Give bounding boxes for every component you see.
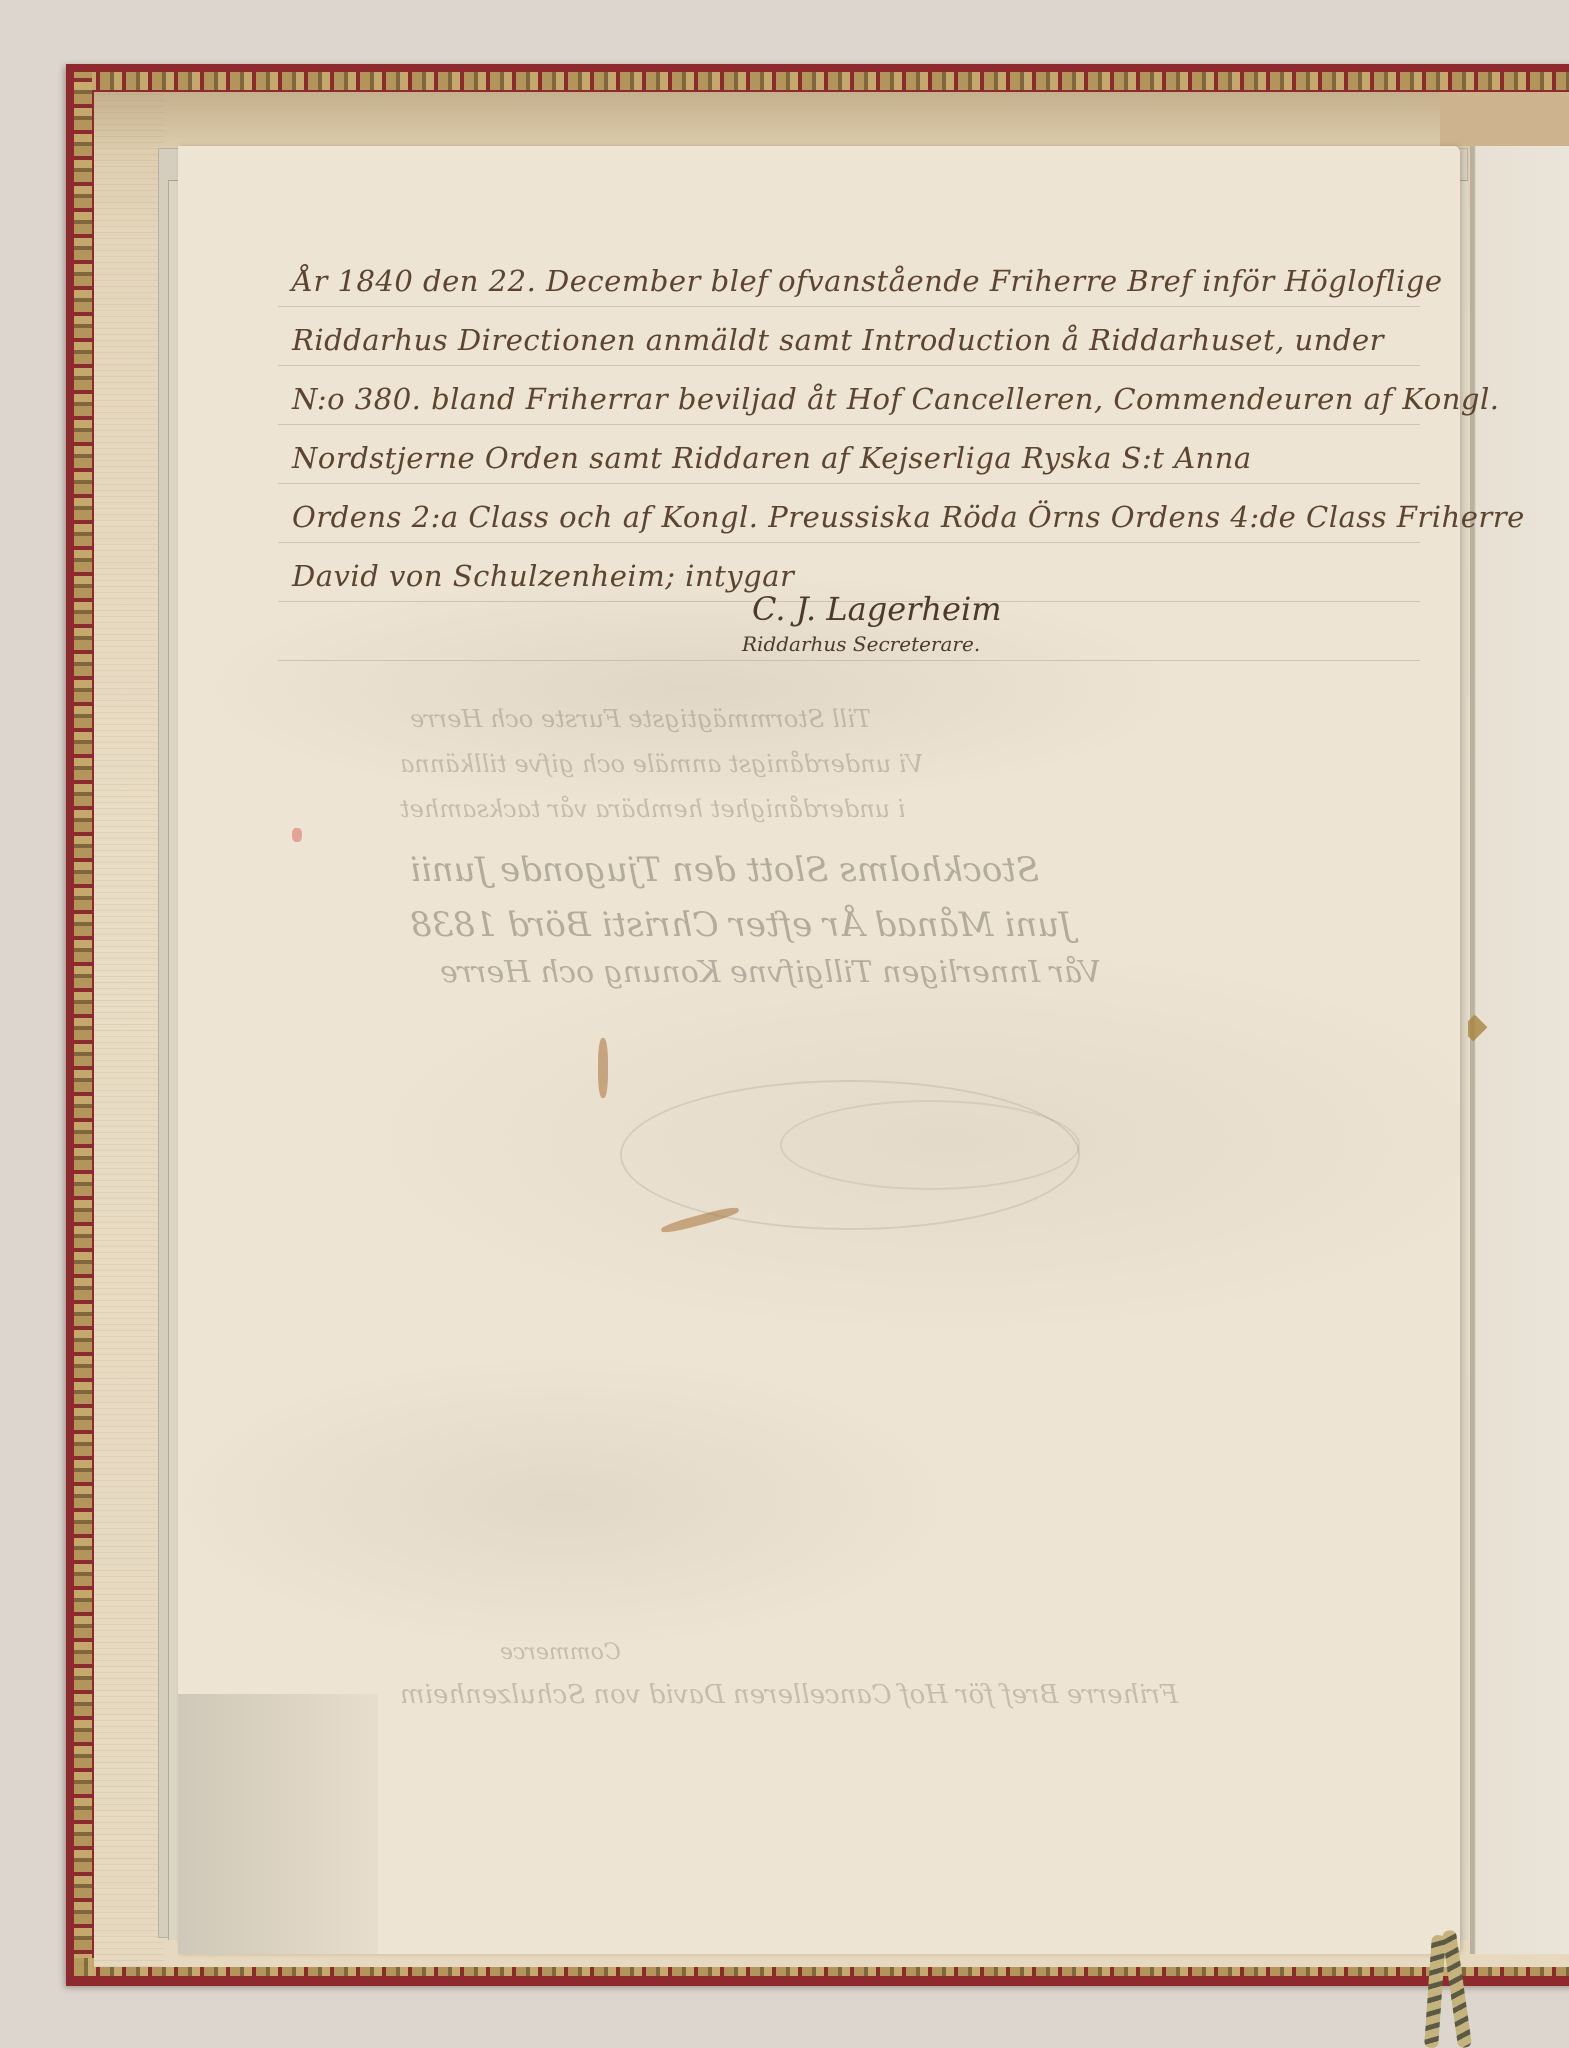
bleed-through-text: Vår Innerligen Tillgifvne Konung och Her… (440, 955, 1101, 990)
ink-stain (598, 1038, 608, 1098)
spot-stain (292, 828, 302, 842)
bleed-through-text: Stockholms Slott den Tjugonde Junii (410, 850, 1039, 890)
bleed-through-text: Commerce (500, 1640, 621, 1665)
signature-title: Riddarhus Secreterare. (742, 632, 980, 656)
manuscript-line: N:o 380. bland Friherrar beviljad åt Hof… (292, 370, 1462, 429)
facing-page (1470, 146, 1569, 1954)
water-stain (94, 92, 1569, 152)
ruled-line (278, 660, 1420, 661)
bleed-through-text: i underdånighet hembära vår tacksamhet (400, 795, 905, 823)
page-shadow (178, 1694, 378, 1954)
manuscript-line: Nordstjerne Orden samt Riddaren af Kejse… (292, 429, 1462, 488)
gilt-border-left (74, 72, 92, 1976)
laid-paper-texture (94, 92, 164, 1967)
bleed-through-text: Friherre Bref för Hof Cancelleren David … (400, 1680, 1178, 1710)
facing-endpaper (1440, 92, 1569, 146)
bleed-through-text: Vi underdånigst anmäle och gifve tillkän… (400, 750, 923, 778)
bleed-through-text: Till Stormmägtigste Furste och Herre (410, 705, 871, 733)
bleed-through-text: Juni Månad År efter Christi Börd 1838 (410, 905, 1073, 945)
manuscript-line: Ordens 2:a Class och af Kongl. Preussisk… (292, 488, 1462, 547)
manuscript-line: År 1840 den 22. December blef ofvanståen… (292, 252, 1462, 311)
gilt-border-top (74, 72, 1569, 90)
manuscript-line: Riddarhus Directionen anmäldt samt Intro… (292, 311, 1462, 370)
manuscript-body: År 1840 den 22. December blef ofvanståen… (292, 252, 1462, 606)
signature: C. J. Lagerheim (752, 590, 1002, 628)
bleed-through-flourish (780, 1100, 1080, 1190)
